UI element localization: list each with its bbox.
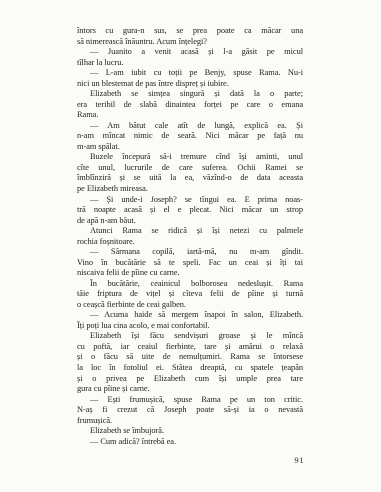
paragraph: — Acuma haide să mergem înapoi în salon,… <box>77 310 303 331</box>
text-line: Atunci Rama se ridică și își netezi cu p… <box>77 226 303 237</box>
text-line: — Ești frumușică, spuse Rama pe un ton c… <box>77 395 303 406</box>
text-line: niscaiva felii de pîine cu carne. <box>77 268 303 279</box>
page-number: 91 <box>77 455 304 466</box>
text-line: gura cu pîine și carne. <box>77 384 303 395</box>
text-line: N-aș fi crezut că Joseph poate să-și ia … <box>77 405 303 416</box>
text-line: tîlhar la lucru. <box>77 58 303 69</box>
text-line: cu poftă, iar ceaiul fierbinte, tare și … <box>77 342 303 353</box>
text-line: îmblînziră și se uită la ea, văzînd-o de… <box>77 173 303 184</box>
text-line: Buzele începură să-i tremure cînd își am… <box>77 152 303 163</box>
text-line: și o privea pe Elizabeth cum își umple p… <box>77 374 303 385</box>
text-line: era teribil de slabă dinaintea forței pe… <box>77 100 303 111</box>
paragraph: — Cum adică? întrebă ea. <box>77 437 303 448</box>
paragraph: întors cu gura-n sus, se prea poate ca m… <box>77 26 303 47</box>
text-line: pe Elizabeth mireasa. <box>77 184 303 195</box>
text-line: — Am bătut cale atît de lungă, explică e… <box>77 121 303 132</box>
paragraph: Elizabeth își făcu sendvișuri groase și … <box>77 331 303 394</box>
paragraph: — Ești frumușică, spuse Rama pe un ton c… <box>77 395 303 427</box>
text-line: cîte unul, lucrurile de care suferea. Oc… <box>77 163 303 174</box>
text-line: de apă n-am băut. <box>77 216 303 227</box>
text-line: rochia foșnitoare. <box>77 237 303 248</box>
paragraph: — Și unde-i Joseph? se tîngui ea. E prim… <box>77 195 303 227</box>
text-line: Elizabeth se simțea singură și dată la o… <box>77 89 303 100</box>
text-line: Rama. <box>77 110 303 121</box>
page-text: întors cu gura-n sus, se prea poate ca m… <box>77 26 303 447</box>
text-line: — L-am iubit cu toții pe Benjy, spuse Ra… <box>77 68 303 79</box>
text-line: la loc în fotoliul ei. Stătea dreaptă, c… <box>77 363 303 374</box>
text-line: să nimerească înăuntru. Acum înțelegi? <box>77 37 303 48</box>
text-line: — Sărmana copilă, iartă-mă, nu m-am gînd… <box>77 247 303 258</box>
text-line: o ceașcă fierbinte de ceai galben. <box>77 300 303 311</box>
text-line: — Cum adică? întrebă ea. <box>77 437 303 448</box>
book-page: întors cu gura-n sus, se prea poate ca m… <box>0 0 381 492</box>
paragraph: În bucătărie, ceainicul bolborosea nedes… <box>77 279 303 311</box>
text-line: și o făcu să uite de nemulțumiri. Rama s… <box>77 352 303 363</box>
text-line: Elizabeth se îmbujoră. <box>77 426 303 437</box>
text-line: tăie friptura de vițel și cîteva felii d… <box>77 289 303 300</box>
paragraph: Buzele începură să-i tremure cînd își am… <box>77 152 303 194</box>
text-line: Vino în bucătărie să te speli. Fac un ce… <box>77 258 303 269</box>
text-line: În bucătărie, ceainicul bolborosea nedes… <box>77 279 303 290</box>
text-line: nici un blestemat de pas între dispreț ș… <box>77 79 303 90</box>
text-line: n-am mîncat nimic de seară. Nici măcar p… <box>77 131 303 142</box>
text-line: întors cu gura-n sus, se prea poate ca m… <box>77 26 303 37</box>
paragraph: — Sărmana copilă, iartă-mă, nu m-am gînd… <box>77 247 303 279</box>
paragraph: Atunci Rama se ridică și își netezi cu p… <box>77 226 303 247</box>
text-line: tră noapte acasă și el e plecat. Nici mă… <box>77 205 303 216</box>
text-line: — Și unde-i Joseph? se tîngui ea. E prim… <box>77 195 303 206</box>
paragraph: — L-am iubit cu toții pe Benjy, spuse Ra… <box>77 68 303 89</box>
paragraph: Elizabeth se îmbujoră. <box>77 426 303 437</box>
paragraph: Elizabeth se simțea singură și dată la o… <box>77 89 303 121</box>
text-line: Îți poți lua cina acolo, e mai confortab… <box>77 321 303 332</box>
text-line: Elizabeth își făcu sendvișuri groase și … <box>77 331 303 342</box>
paragraph: — Juanito a venit acasă și l-a găsit pe … <box>77 47 303 68</box>
paragraph: — Am bătut cale atît de lungă, explică e… <box>77 121 303 153</box>
text-line: frumușică. <box>77 416 303 427</box>
text-line: m-am spălat. <box>77 142 303 153</box>
text-line: — Juanito a venit acasă și l-a găsit pe … <box>77 47 303 58</box>
text-line: — Acuma haide să mergem înapoi în salon,… <box>77 310 303 321</box>
